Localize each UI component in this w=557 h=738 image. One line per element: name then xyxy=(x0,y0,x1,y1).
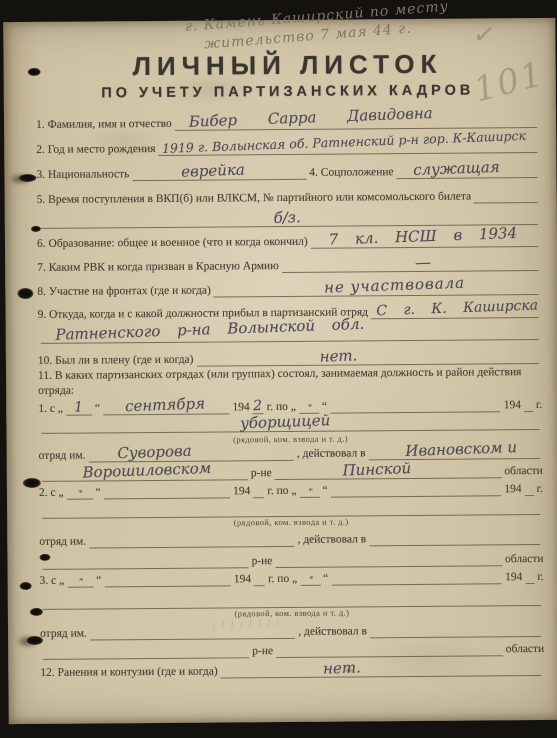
star-mark: * xyxy=(79,576,84,586)
district-slot xyxy=(42,553,248,570)
field-row-2: 2. Год и место рождения 1919 г. Волынска… xyxy=(36,138,540,157)
field-row-6: 6. Образование: общее и военное (что и к… xyxy=(37,232,541,251)
oblast-label: области xyxy=(505,553,544,566)
form-title: ЛИЧНЫЙ ЛИСТОК xyxy=(35,48,539,83)
field-4-label: 4. Соцположение xyxy=(309,166,393,180)
field-7-value: — xyxy=(414,252,431,272)
blank-line: служащая xyxy=(397,163,538,179)
entry-1-role: уборщицей xyxy=(240,411,331,432)
star-mark: * xyxy=(308,486,313,496)
otryad-label: отряд им. xyxy=(40,628,87,641)
star-mark: * xyxy=(78,488,83,498)
entry-2-district-row: р-не области xyxy=(39,551,543,570)
year-printed: 194 xyxy=(505,571,522,584)
year-printed: 194 xyxy=(234,573,251,586)
end-year-digit-slot xyxy=(524,397,533,412)
form-subtitle: ПО УЧЕТУ ПАРТИЗАНСКИХ КАДРОВ xyxy=(36,82,540,102)
punch-hole xyxy=(17,288,33,299)
star-mark: * xyxy=(308,402,313,412)
entry-1-month: сентября xyxy=(125,394,206,415)
entry-3-district-row: р-не области xyxy=(40,641,544,660)
end-month-slot xyxy=(331,569,502,585)
year-digit-slot: 2 xyxy=(253,399,264,414)
field-1-value: Бибер Сарра Давидовна xyxy=(188,104,433,131)
field-5-label: 5. Время поступления в ВКП(б) или ВЛКСМ,… xyxy=(37,191,472,207)
field-12-label: 12. Ранения и контузии (где и когда) xyxy=(40,666,217,680)
end-day-slot: * xyxy=(299,483,319,498)
acted-slot: Ивановском и xyxy=(368,444,539,460)
year-digit-slot xyxy=(254,571,265,586)
g-printed: г. xyxy=(536,399,542,412)
otryad-label: отряд им. xyxy=(39,450,86,463)
field-2-value: 1919 г. Волынская об. Ратненский р-н гор… xyxy=(162,128,526,156)
entry-1-acted: Ивановском и xyxy=(406,438,518,460)
field-11-label: 11. В каких партизанских отрядах (или гр… xyxy=(38,365,542,399)
acted-label: , действовал в xyxy=(298,625,367,639)
check-mark: ✓ xyxy=(471,19,497,52)
entry-2-prefix: 2. с „ xyxy=(39,487,64,500)
month-slot xyxy=(104,483,231,499)
entry-1-oblast: Пинской xyxy=(342,459,411,479)
acted-label: , действовал в xyxy=(297,533,366,547)
field-row-5: 5. Время поступления в ВКП(б) или ВЛКСМ,… xyxy=(37,188,541,207)
punch-hole xyxy=(20,582,32,590)
end-month-slot xyxy=(330,397,501,413)
g-po-printed: г. по „ xyxy=(268,573,297,586)
field-6-value: 7 кл. НСШ в 1934 xyxy=(328,224,517,249)
punch-hole xyxy=(18,174,36,182)
day-slot: * xyxy=(66,484,92,499)
field-row-9-continued: Ратненского р-на Волынской обл. xyxy=(38,325,542,344)
blank-line: нет. xyxy=(221,661,542,679)
day-slot: * xyxy=(67,572,93,587)
entry-1-district: Ворошиловском xyxy=(82,459,211,482)
field-row-3-4: 3. Национальность еврейка 4. Соцположени… xyxy=(36,163,540,182)
field-5-value: б/з. xyxy=(273,208,301,227)
oblast-slot: Пинской xyxy=(275,463,502,480)
quote-close: “ xyxy=(95,402,100,415)
blank-line: — xyxy=(282,256,539,273)
blank-line: уборщицей xyxy=(41,415,539,434)
end-year-digit-slot xyxy=(525,481,534,496)
oblast-label: области xyxy=(504,465,543,478)
otryad-slot xyxy=(90,624,295,641)
district-slot: Ворошиловском xyxy=(42,465,248,482)
year-printed: 194 xyxy=(504,399,521,412)
field-8-label: 8. Участие на фронтах (где и когда) xyxy=(37,285,211,299)
day-slot: 1 xyxy=(66,400,92,415)
field-row-7: 7. Каким РВК и когда призван в Красную А… xyxy=(37,256,541,275)
g-printed: г. xyxy=(537,483,543,496)
entry-3-prefix: 3. с „ xyxy=(40,575,65,588)
blank-line: еврейка xyxy=(132,165,306,181)
otryad-slot xyxy=(89,532,294,549)
year-printed: 194 xyxy=(504,483,521,496)
field-row-12: 12. Ранения и контузии (где и когда) нет… xyxy=(40,661,544,680)
blank-line: не участвовала xyxy=(214,280,539,298)
g-printed: г. xyxy=(537,571,543,584)
oblast-slot xyxy=(275,551,502,568)
entry-2-date-row: 2. с „ * “ 194 г. по „ * “ 194 г. xyxy=(39,481,543,500)
year-printed: 194 xyxy=(233,485,250,498)
blank-line: 7 кл. НСШ в 1934 xyxy=(311,232,538,249)
blank-line: С г. К. Каширска xyxy=(371,303,539,319)
district-slot xyxy=(43,643,249,660)
entry-2-otryad-row: отряд им. , действовал в xyxy=(39,530,543,549)
field-3-value: еврейка xyxy=(180,161,244,181)
end-day-slot: * xyxy=(300,571,320,586)
field-row-8: 8. Участие на фронтах (где и когда) не у… xyxy=(37,280,541,299)
end-month-slot xyxy=(331,481,502,497)
entry-3-date-row: 3. с „ * “ 194 г. по „ * “ 194 г. xyxy=(40,569,544,588)
quote-close: “ xyxy=(95,486,100,499)
acted-label: , действовал в xyxy=(297,447,366,461)
otryad-label: отряд им. xyxy=(39,536,86,549)
handwritten-top-note: г. Камень Каширский по месту жительство … xyxy=(184,0,451,56)
quote-close: “ xyxy=(322,485,327,498)
field-8-value: не участвовала xyxy=(324,274,466,297)
field-4-value: служащая xyxy=(413,158,500,179)
month-slot: сентября xyxy=(103,399,230,415)
scanned-form-page: г. Камень Каширский по месту жительство … xyxy=(3,18,557,724)
year-digit-slot xyxy=(253,483,264,498)
field-12-value: нет. xyxy=(323,658,361,677)
quote-close: “ xyxy=(96,574,101,587)
rne-label: р-не xyxy=(252,645,273,658)
entry-1-prefix: 1. с „ xyxy=(38,403,63,416)
blank-line xyxy=(474,188,538,203)
field-3-label: 3. Национальность xyxy=(36,168,129,182)
entry-1-year-digit: 2 xyxy=(253,398,262,414)
entry-3-otryad-row: отряд им. , действовал в xyxy=(40,622,544,641)
end-year-digit-slot xyxy=(525,569,534,584)
blank-line: нет. xyxy=(196,349,539,367)
rne-label: р-не xyxy=(251,467,272,480)
acted-slot xyxy=(370,622,541,638)
year-printed: 194 xyxy=(232,401,249,414)
field-2-label: 2. Год и место рождения xyxy=(36,143,155,157)
entry-1-district-row: Ворошиловском р-не Пинской области xyxy=(39,463,543,482)
month-slot xyxy=(104,571,231,587)
field-10-value: нет. xyxy=(319,346,357,365)
rne-label: р-не xyxy=(251,555,272,568)
quote-close: “ xyxy=(323,573,328,586)
entry-1-otryad-row: отряд им. Суворова , действовал в Иванов… xyxy=(39,444,543,463)
field-6-label: 6. Образование: общее и военное (что и к… xyxy=(37,236,308,251)
field-10-label: 10. Был ли в плену (где и когда) xyxy=(38,354,194,368)
entry-1-day: 1 xyxy=(73,399,82,415)
blank-line: Бибер Сарра Давидовна xyxy=(175,113,537,131)
oblast-slot xyxy=(276,641,503,658)
field-7-label: 7. Каким РВК и когда призван в Красную А… xyxy=(37,260,279,275)
blank-line: Ратненского р-на Волынской обл. xyxy=(41,325,539,344)
star-mark: * xyxy=(309,574,314,584)
oblast-label: области xyxy=(506,643,545,656)
field-1-label: 1. Фамилия, имя и отчество xyxy=(36,118,172,132)
field-9-value: С г. К. Каширска xyxy=(376,297,538,319)
acted-slot xyxy=(369,530,540,546)
blank-line: 1919 г. Волынская об. Ратненский р-н гор… xyxy=(158,138,537,156)
entry-1-rank-line: уборщицей xyxy=(38,415,542,434)
g-po-printed: г. по „ xyxy=(267,485,296,498)
